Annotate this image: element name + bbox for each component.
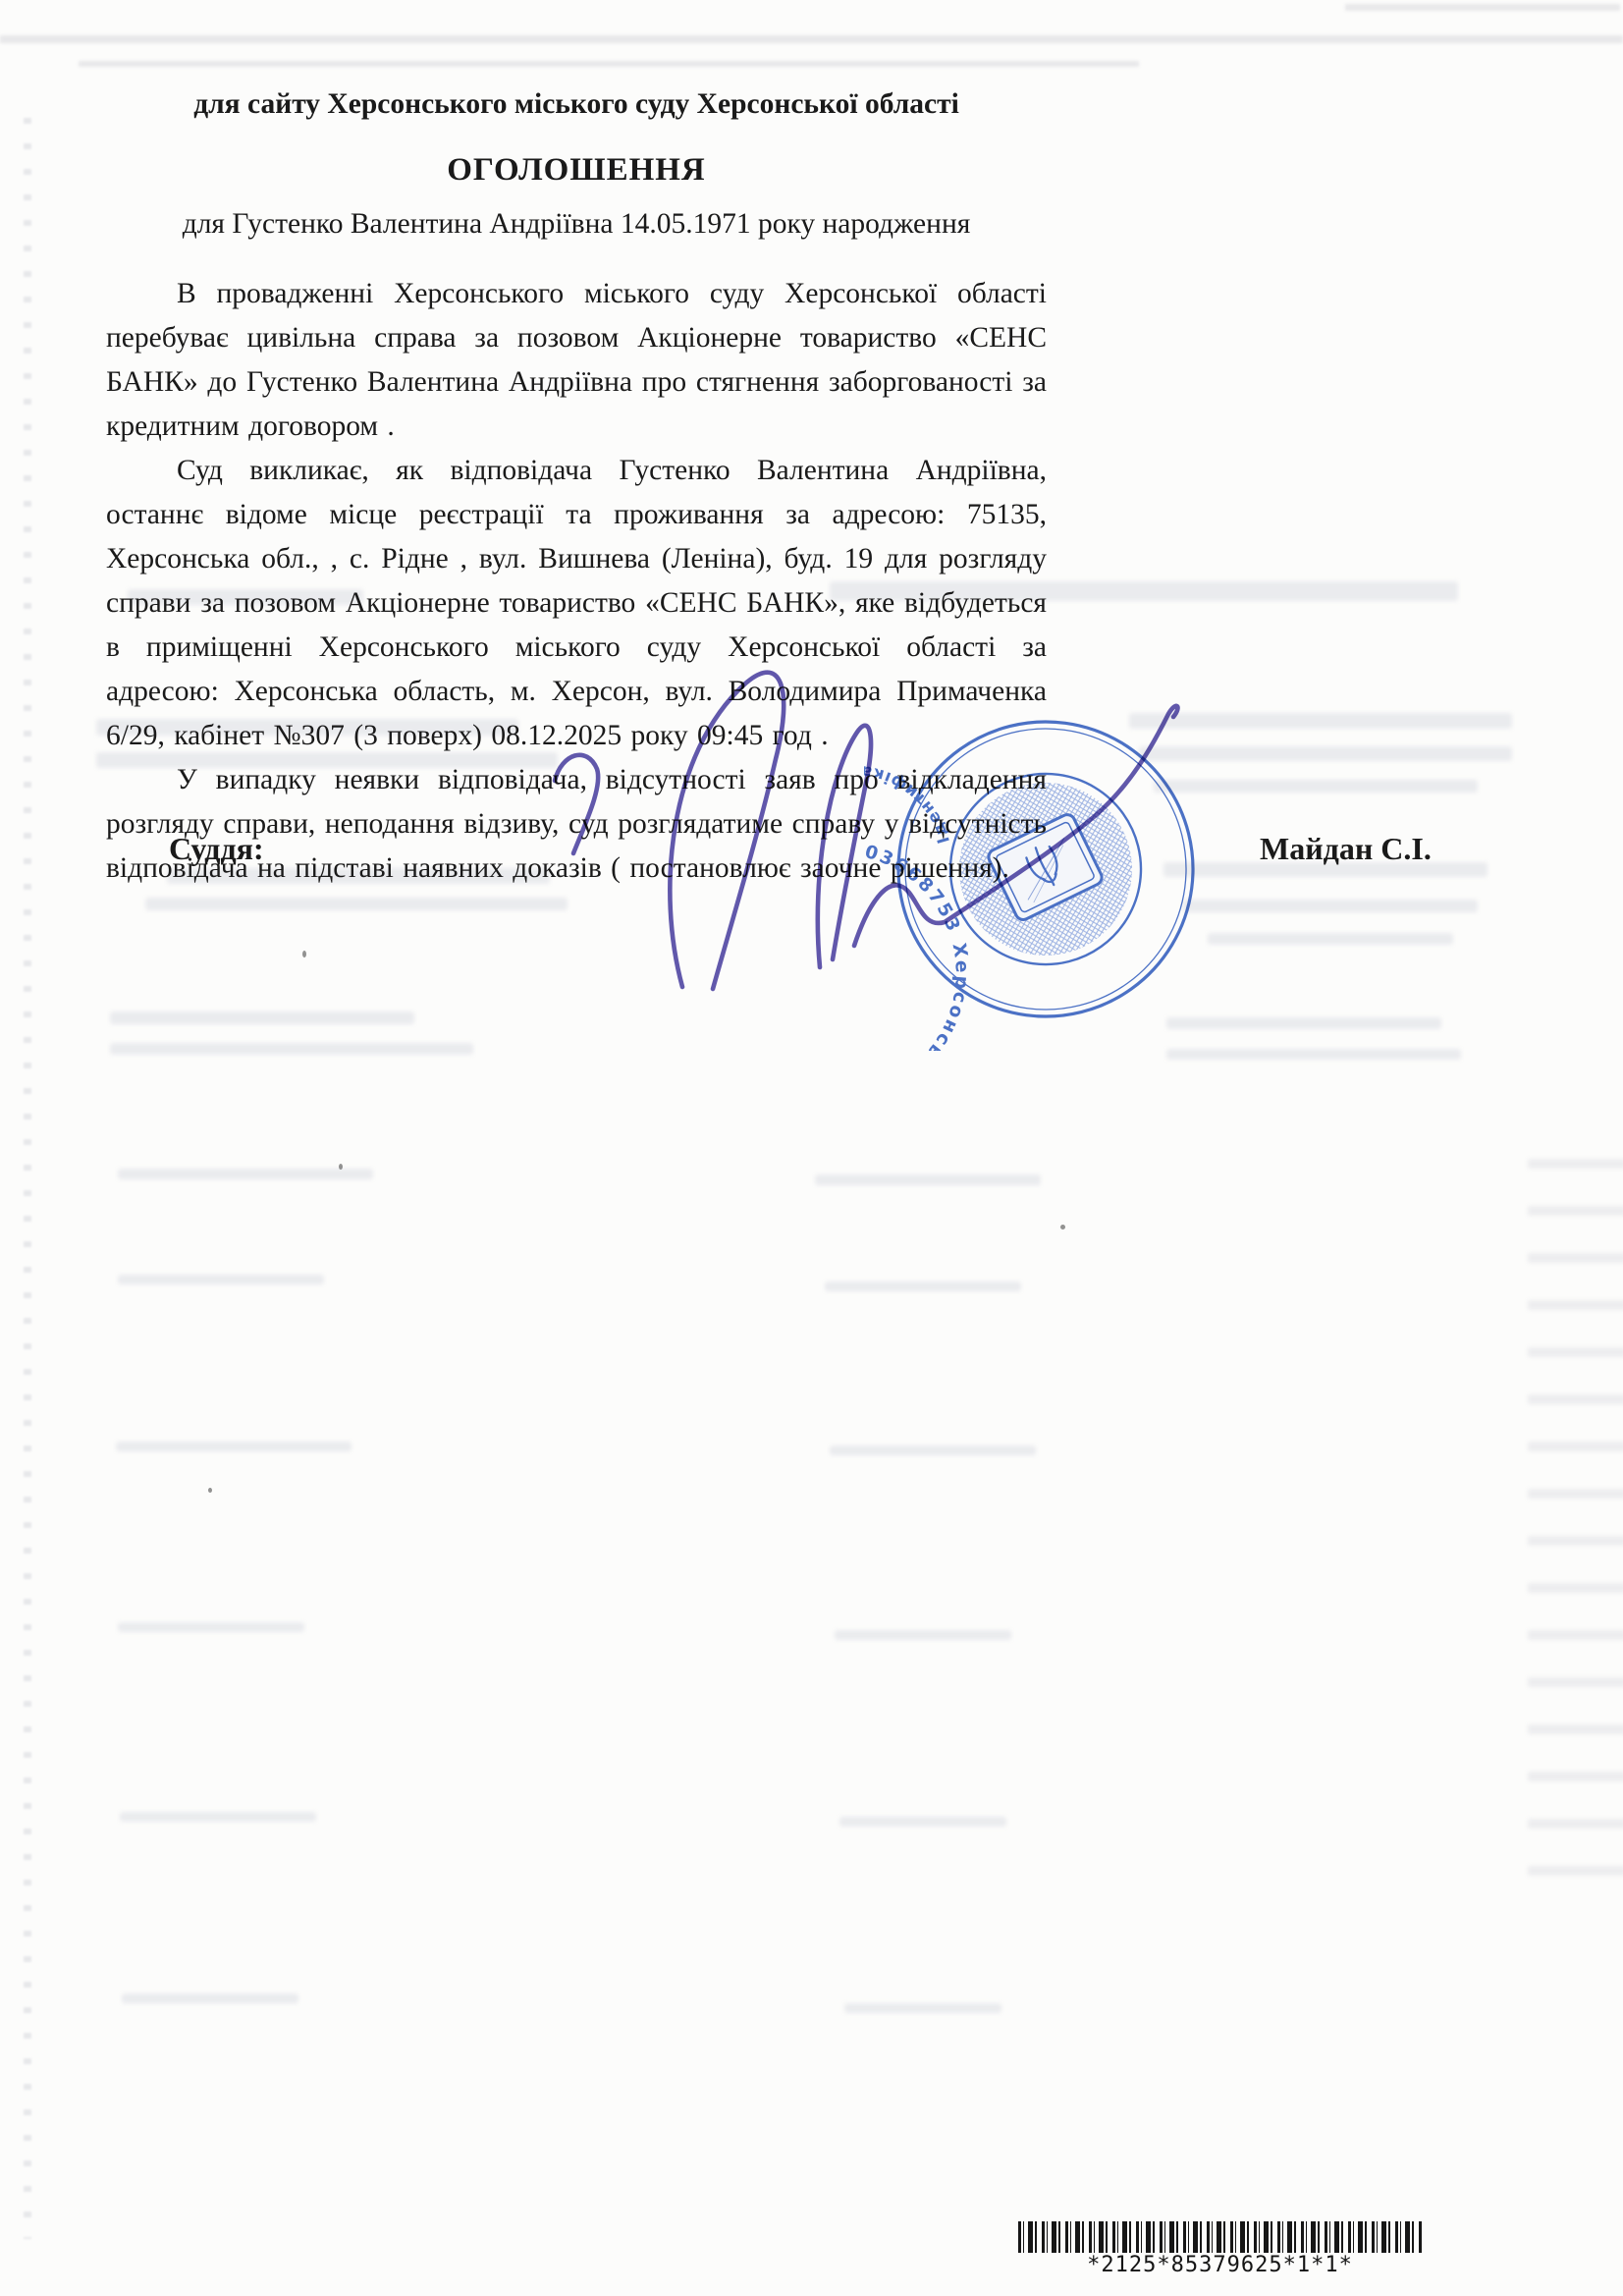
scan-streak: [0, 35, 1623, 43]
page-title: ОГОЛОШЕННЯ: [106, 148, 1047, 192]
ink-speck: [1060, 1225, 1065, 1230]
bleedthrough-text: [145, 898, 568, 910]
judge-name: Майдан С.І.: [1260, 831, 1432, 867]
bleedthrough-text: [118, 1622, 304, 1632]
addressee-line: для Густенко Валентина Андріївна 14.05.1…: [106, 202, 1047, 246]
bleedthrough-text: [815, 1175, 1041, 1185]
bleedthrough-text: [118, 1169, 373, 1179]
barcode-value: *2125*85379625*1*1*: [1018, 2253, 1422, 2277]
scan-streak: [79, 61, 1139, 67]
scan-streak: [1345, 4, 1620, 11]
paragraph-case-info: В провадженні Херсонського міського суду…: [106, 272, 1047, 449]
judge-signature: [530, 643, 1198, 1036]
bleedthrough-text: [1183, 900, 1478, 912]
scanned-court-document: для сайту Херсонського міського суду Хер…: [0, 0, 1623, 2296]
bleedthrough-text: [118, 1275, 324, 1285]
scan-artifact: [1528, 1159, 1623, 1905]
barcode: [1018, 2221, 1422, 2253]
bleedthrough-text: [825, 1282, 1021, 1291]
judge-label: Суддя:: [169, 831, 264, 867]
ink-speck: [339, 1164, 343, 1170]
bleedthrough-text: [110, 1011, 414, 1024]
ink-speck: [208, 1488, 212, 1493]
bleedthrough-text: [122, 1994, 298, 2003]
bleedthrough-text: [116, 1442, 352, 1451]
bleedthrough-text: [839, 1817, 1006, 1827]
scan-artifact: [24, 118, 31, 2239]
site-header-line: для сайту Херсонського міського суду Хер…: [106, 82, 1047, 127]
bleedthrough-text: [120, 1812, 316, 1822]
bleedthrough-text: [844, 2003, 1001, 2013]
ink-speck: [302, 951, 306, 957]
bleedthrough-text: [835, 1630, 1011, 1640]
bleedthrough-text: [110, 1043, 473, 1055]
bleedthrough-text: [830, 1446, 1036, 1455]
bleedthrough-text: [1208, 933, 1453, 945]
